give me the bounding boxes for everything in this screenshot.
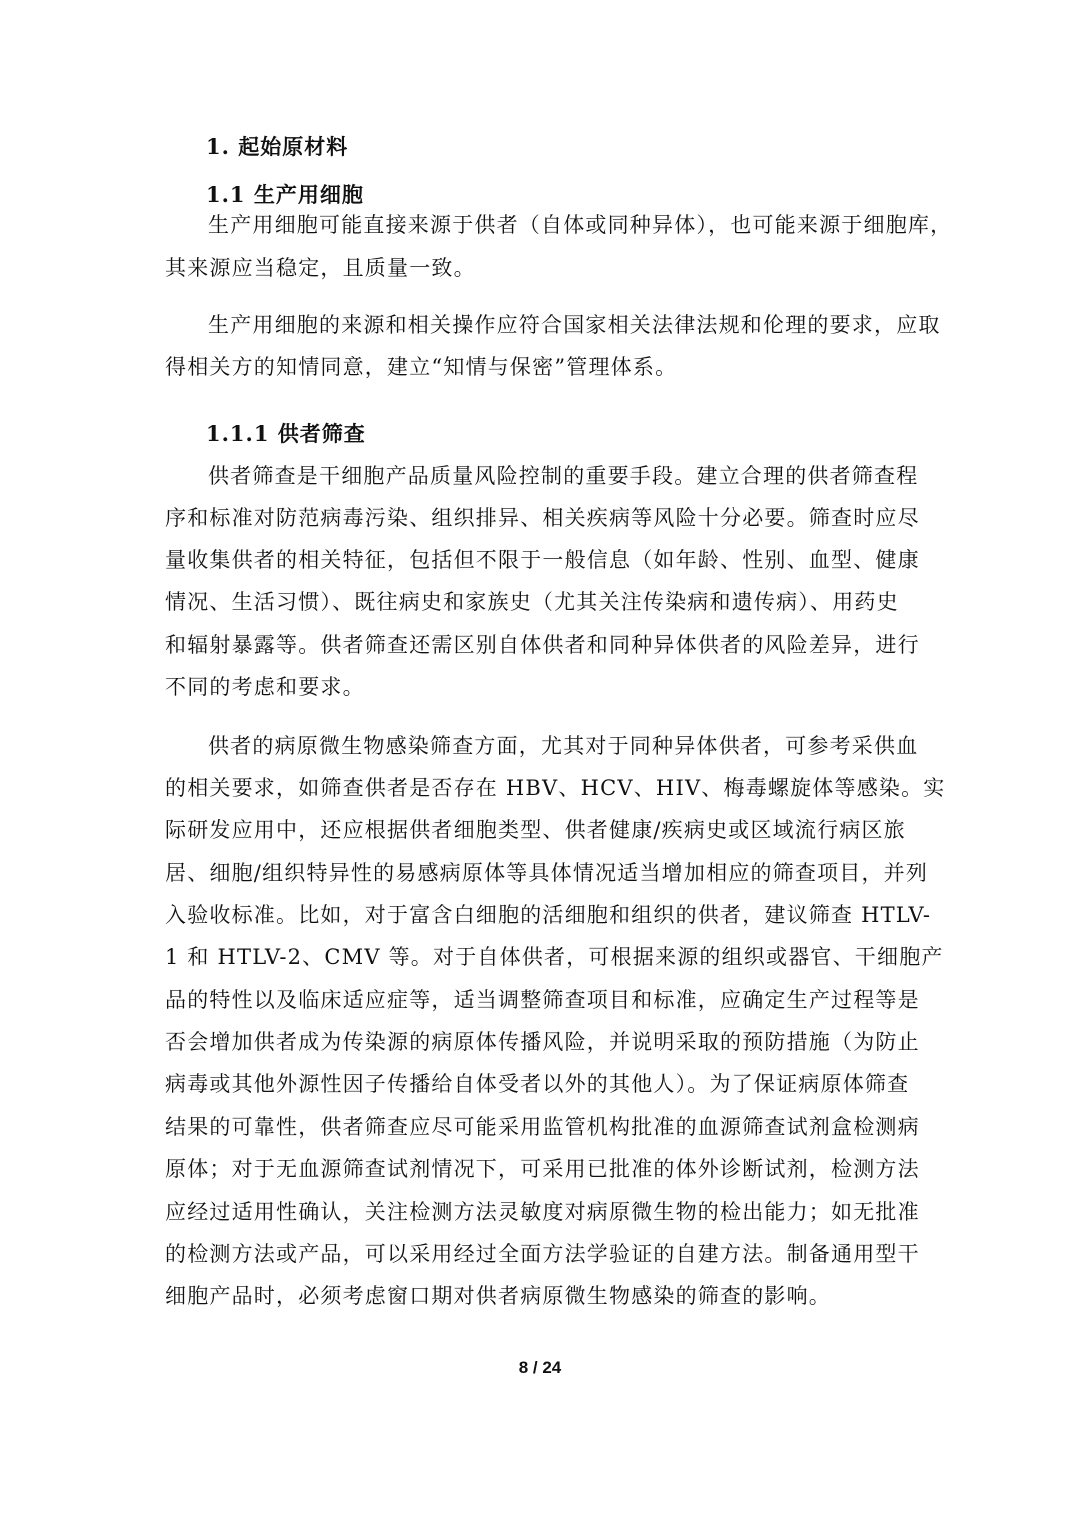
paragraph-line: 入验收标准。比如，对于富含白细胞的活细胞和组织的供者，建议筛查 HTLV- — [165, 900, 915, 930]
paragraph-line: 序和标准对防范病毒污染、组织排异、相关疾病等风险十分必要。筛查时应尽 — [165, 503, 915, 533]
paragraph-line: 情况、生活习惯）、既往病史和家族史（尤其关注传染病和遗传病）、用药史 — [165, 587, 915, 617]
heading-starting-materials: 1. 起始原材料 — [206, 132, 956, 162]
paragraph-line: 1 和 HTLV-2、CMV 等。对于自体供者，可根据来源的组织或器官、干细胞产 — [165, 942, 915, 972]
paragraph-line: 量收集供者的相关特征，包括但不限于一般信息（如年龄、性别、血型、健康 — [165, 545, 915, 575]
paragraph-line: 得相关方的知情同意，建立“知情与保密”管理体系。 — [165, 352, 915, 382]
paragraph-line: 否会增加供者成为传染源的病原体传播风险，并说明采取的预防措施（为防止 — [165, 1027, 915, 1057]
paragraph-line: 原体；对于无血源筛查试剂情况下，可采用已批准的体外诊断试剂，检测方法 — [165, 1154, 915, 1184]
paragraph-line: 结果的可靠性，供者筛查应尽可能采用监管机构批准的血源筛查试剂盒检测病 — [165, 1112, 915, 1142]
paragraph-line: 和辐射暴露等。供者筛查还需区别自体供者和同种异体供者的风险差异，进行 — [165, 630, 915, 660]
paragraph-line: 生产用细胞的来源和相关操作应符合国家相关法律法规和伦理的要求，应取 — [208, 310, 958, 340]
paragraph-line: 居、细胞/组织特异性的易感病原体等具体情况适当增加相应的筛查项目，并列 — [165, 858, 915, 888]
paragraph-line: 际研发应用中，还应根据供者细胞类型、供者健康/疾病史或区域流行病区旅 — [165, 815, 915, 845]
page-number: 8 / 24 — [0, 1358, 1080, 1378]
heading-production-cells: 1.1 生产用细胞 — [206, 180, 956, 210]
paragraph-line: 细胞产品时，必须考虑窗口期对供者病原微生物感染的筛查的影响。 — [165, 1281, 915, 1311]
paragraph-line: 生产用细胞可能直接来源于供者（自体或同种异体），也可能来源于细胞库， — [208, 210, 958, 240]
paragraph-line: 其来源应当稳定，且质量一致。 — [165, 253, 915, 283]
paragraph-line: 品的特性以及临床适应症等，适当调整筛查项目和标准，应确定生产过程等是 — [165, 985, 915, 1015]
document-page: 1. 起始原材料 1.1 生产用细胞 生产用细胞可能直接来源于供者（自体或同种异… — [0, 0, 1080, 1528]
paragraph-line: 供者的病原微生物感染筛查方面，尤其对于同种异体供者，可参考采供血 — [208, 731, 958, 761]
paragraph-line: 病毒或其他外源性因子传播给自体受者以外的其他人）。为了保证病原体筛查 — [165, 1069, 915, 1099]
paragraph-line: 应经过适用性确认，关注检测方法灵敏度对病原微生物的检出能力；如无批准 — [165, 1197, 915, 1227]
paragraph-line: 的检测方法或产品，可以采用经过全面方法学验证的自建方法。制备通用型干 — [165, 1239, 915, 1269]
paragraph-line: 的相关要求，如筛查供者是否存在 HBV、HCV、HIV、梅毒螺旋体等感染。实 — [165, 773, 915, 803]
paragraph-line: 供者筛查是干细胞产品质量风险控制的重要手段。建立合理的供者筛查程 — [208, 461, 958, 491]
heading-donor-screening: 1.1.1 供者筛查 — [206, 419, 956, 449]
paragraph-line: 不同的考虑和要求。 — [165, 672, 915, 702]
